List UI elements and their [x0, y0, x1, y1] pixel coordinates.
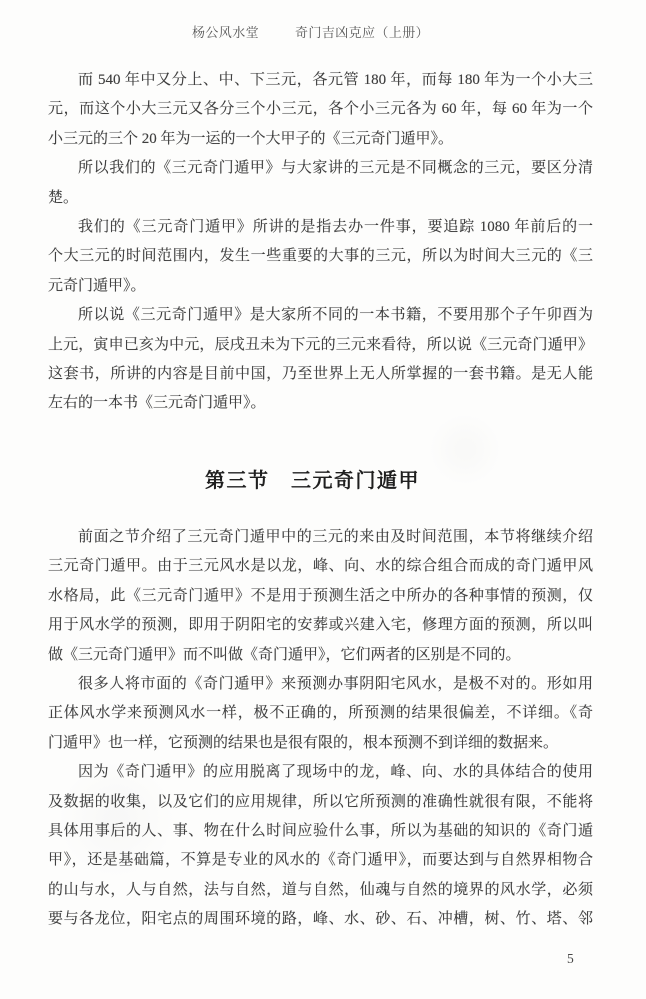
- text-line: 要与各龙位，阳宅点的周围环境的路，峰、水、砂、石、冲槽，树、竹、塔、邻: [48, 905, 593, 934]
- text-line: 这套书，所讲的内容是目前中国，乃至世界上无人所掌握的一套书籍。是无人能: [48, 360, 593, 389]
- paragraph: 我们的《三元奇门遁甲》所讲的是指去办一件事，要追踪 1080 年前后的一个大三元…: [48, 213, 593, 301]
- paragraph: 很多人将市面的《奇门遁甲》来预测办事阴阳宅风水，是极不对的。形如用正体风水学来预…: [48, 670, 593, 758]
- paragraph: 而 540 年中又分上、中、下三元，各元管 180 年，而每 180 年为一个小…: [48, 66, 593, 154]
- text-line: 及数据的收集，以及它们的应用规律，所以它所预测的准确性就很有限，不能将: [48, 788, 593, 817]
- text-line: 正体风水学来预测风水一样，极不正确的，所预测的结果很偏差，不详细。《奇: [48, 699, 593, 728]
- text-line: 因为《奇门遁甲》的应用脱离了现场中的龙，峰、向、水的具体结合的使用: [48, 758, 593, 787]
- text-line: 楚。: [48, 184, 593, 213]
- text-line: 水格局，此《三元奇门遁甲》不是用于预测生活之中所办的各种事情的预测，仅: [48, 582, 593, 611]
- text-line: 所以我们的《三元奇门遁甲》与大家讲的三元是不同概念的三元，要区分清: [48, 154, 593, 183]
- text-line: 元奇门遁甲》。: [48, 272, 593, 301]
- header-book-title: 奇门吉凶克应（上册）: [295, 22, 429, 41]
- text-line: 具体用事后的人、事、物在什么时间应验什么事，所以为基础的知识的《奇门遁: [48, 817, 593, 846]
- text-line: 做《三元奇门遁甲》而不叫做《奇门遁甲》，它们两者的区别是不同的。: [48, 641, 593, 670]
- text-line: 很多人将市面的《奇门遁甲》来预测办事阴阳宅风水，是极不对的。形如用: [48, 670, 593, 699]
- text-line: 个大三元的时间范围内，发生一些重要的大事的三元，所以为时间大三元的《三: [48, 242, 593, 271]
- text-line: 前面之节介绍了三元奇门遁甲中的三元的来由及时间范围，本节将继续介绍: [48, 523, 593, 552]
- text-line: 用于风水学的预测，即用于阴阳宅的安葬或兴建入宅，修理方面的预测，所以叫: [48, 611, 593, 640]
- text-line: 而 540 年中又分上、中、下三元，各元管 180 年，而每 180 年为一个小…: [48, 66, 593, 95]
- paragraph: 所以我们的《三元奇门遁甲》与大家讲的三元是不同概念的三元，要区分清楚。: [48, 154, 593, 213]
- paragraph: 所以说《三元奇门遁甲》是大家所不同的一本书籍，不要用那个子午卯酉为上元，寅申已亥…: [48, 301, 593, 419]
- text-line: 门遁甲》也一样，它预测的结果也是很有限的，根本预测不到详细的数据来。: [48, 729, 593, 758]
- text-line: 上元，寅申已亥为中元，辰戌丑未为下元的三元来看待，所以说《三元奇门遁甲》: [48, 331, 593, 360]
- text-line: 三元奇门遁甲。由于三元风水是以龙，峰、向、水的综合组合而成的奇门遁甲风: [48, 552, 593, 581]
- page-number: 5: [567, 951, 574, 967]
- section-heading: 第三节 三元奇门遁甲: [48, 464, 593, 498]
- text-line: 的山与水，人与自然，法与自然，道与自然，仙魂与自然的境界的风水学，必须: [48, 876, 593, 905]
- header-studio-name: 杨公风水堂: [192, 22, 259, 41]
- intro-paragraphs: 而 540 年中又分上、中、下三元，各元管 180 年，而每 180 年为一个小…: [48, 66, 593, 419]
- text-line: 甲》，还是基础篇，不算是专业的风水的《奇门遁甲》，而要达到与自然界相物合: [48, 846, 593, 875]
- text-line: 小三元的三个 20 年为一运的一个大甲子的《三元奇门遁甲》。: [48, 125, 593, 154]
- text-line: 我们的《三元奇门遁甲》所讲的是指去办一件事，要追踪 1080 年前后的一: [48, 213, 593, 242]
- text-line: 元，而这个小大三元又各分三个小三元，各个小三元各为 60 年，每 60 年为一个: [48, 95, 593, 124]
- paragraph: 因为《奇门遁甲》的应用脱离了现场中的龙，峰、向、水的具体结合的使用及数据的收集，…: [48, 758, 593, 934]
- paragraph: 前面之节介绍了三元奇门遁甲中的三元的来由及时间范围，本节将继续介绍三元奇门遁甲。…: [48, 523, 593, 670]
- section-paragraphs: 前面之节介绍了三元奇门遁甲中的三元的来由及时间范围，本节将继续介绍三元奇门遁甲。…: [48, 523, 593, 934]
- text-line: 左右的一本书《三元奇门遁甲》。: [48, 389, 593, 418]
- text-line: 所以说《三元奇门遁甲》是大家所不同的一本书籍，不要用那个子午卯酉为: [48, 301, 593, 330]
- book-page: 杨公风水堂 奇门吉凶克应（上册） 而 540 年中又分上、中、下三元，各元管 1…: [0, 0, 646, 999]
- running-header: 杨公风水堂 奇门吉凶克应（上册）: [192, 22, 429, 41]
